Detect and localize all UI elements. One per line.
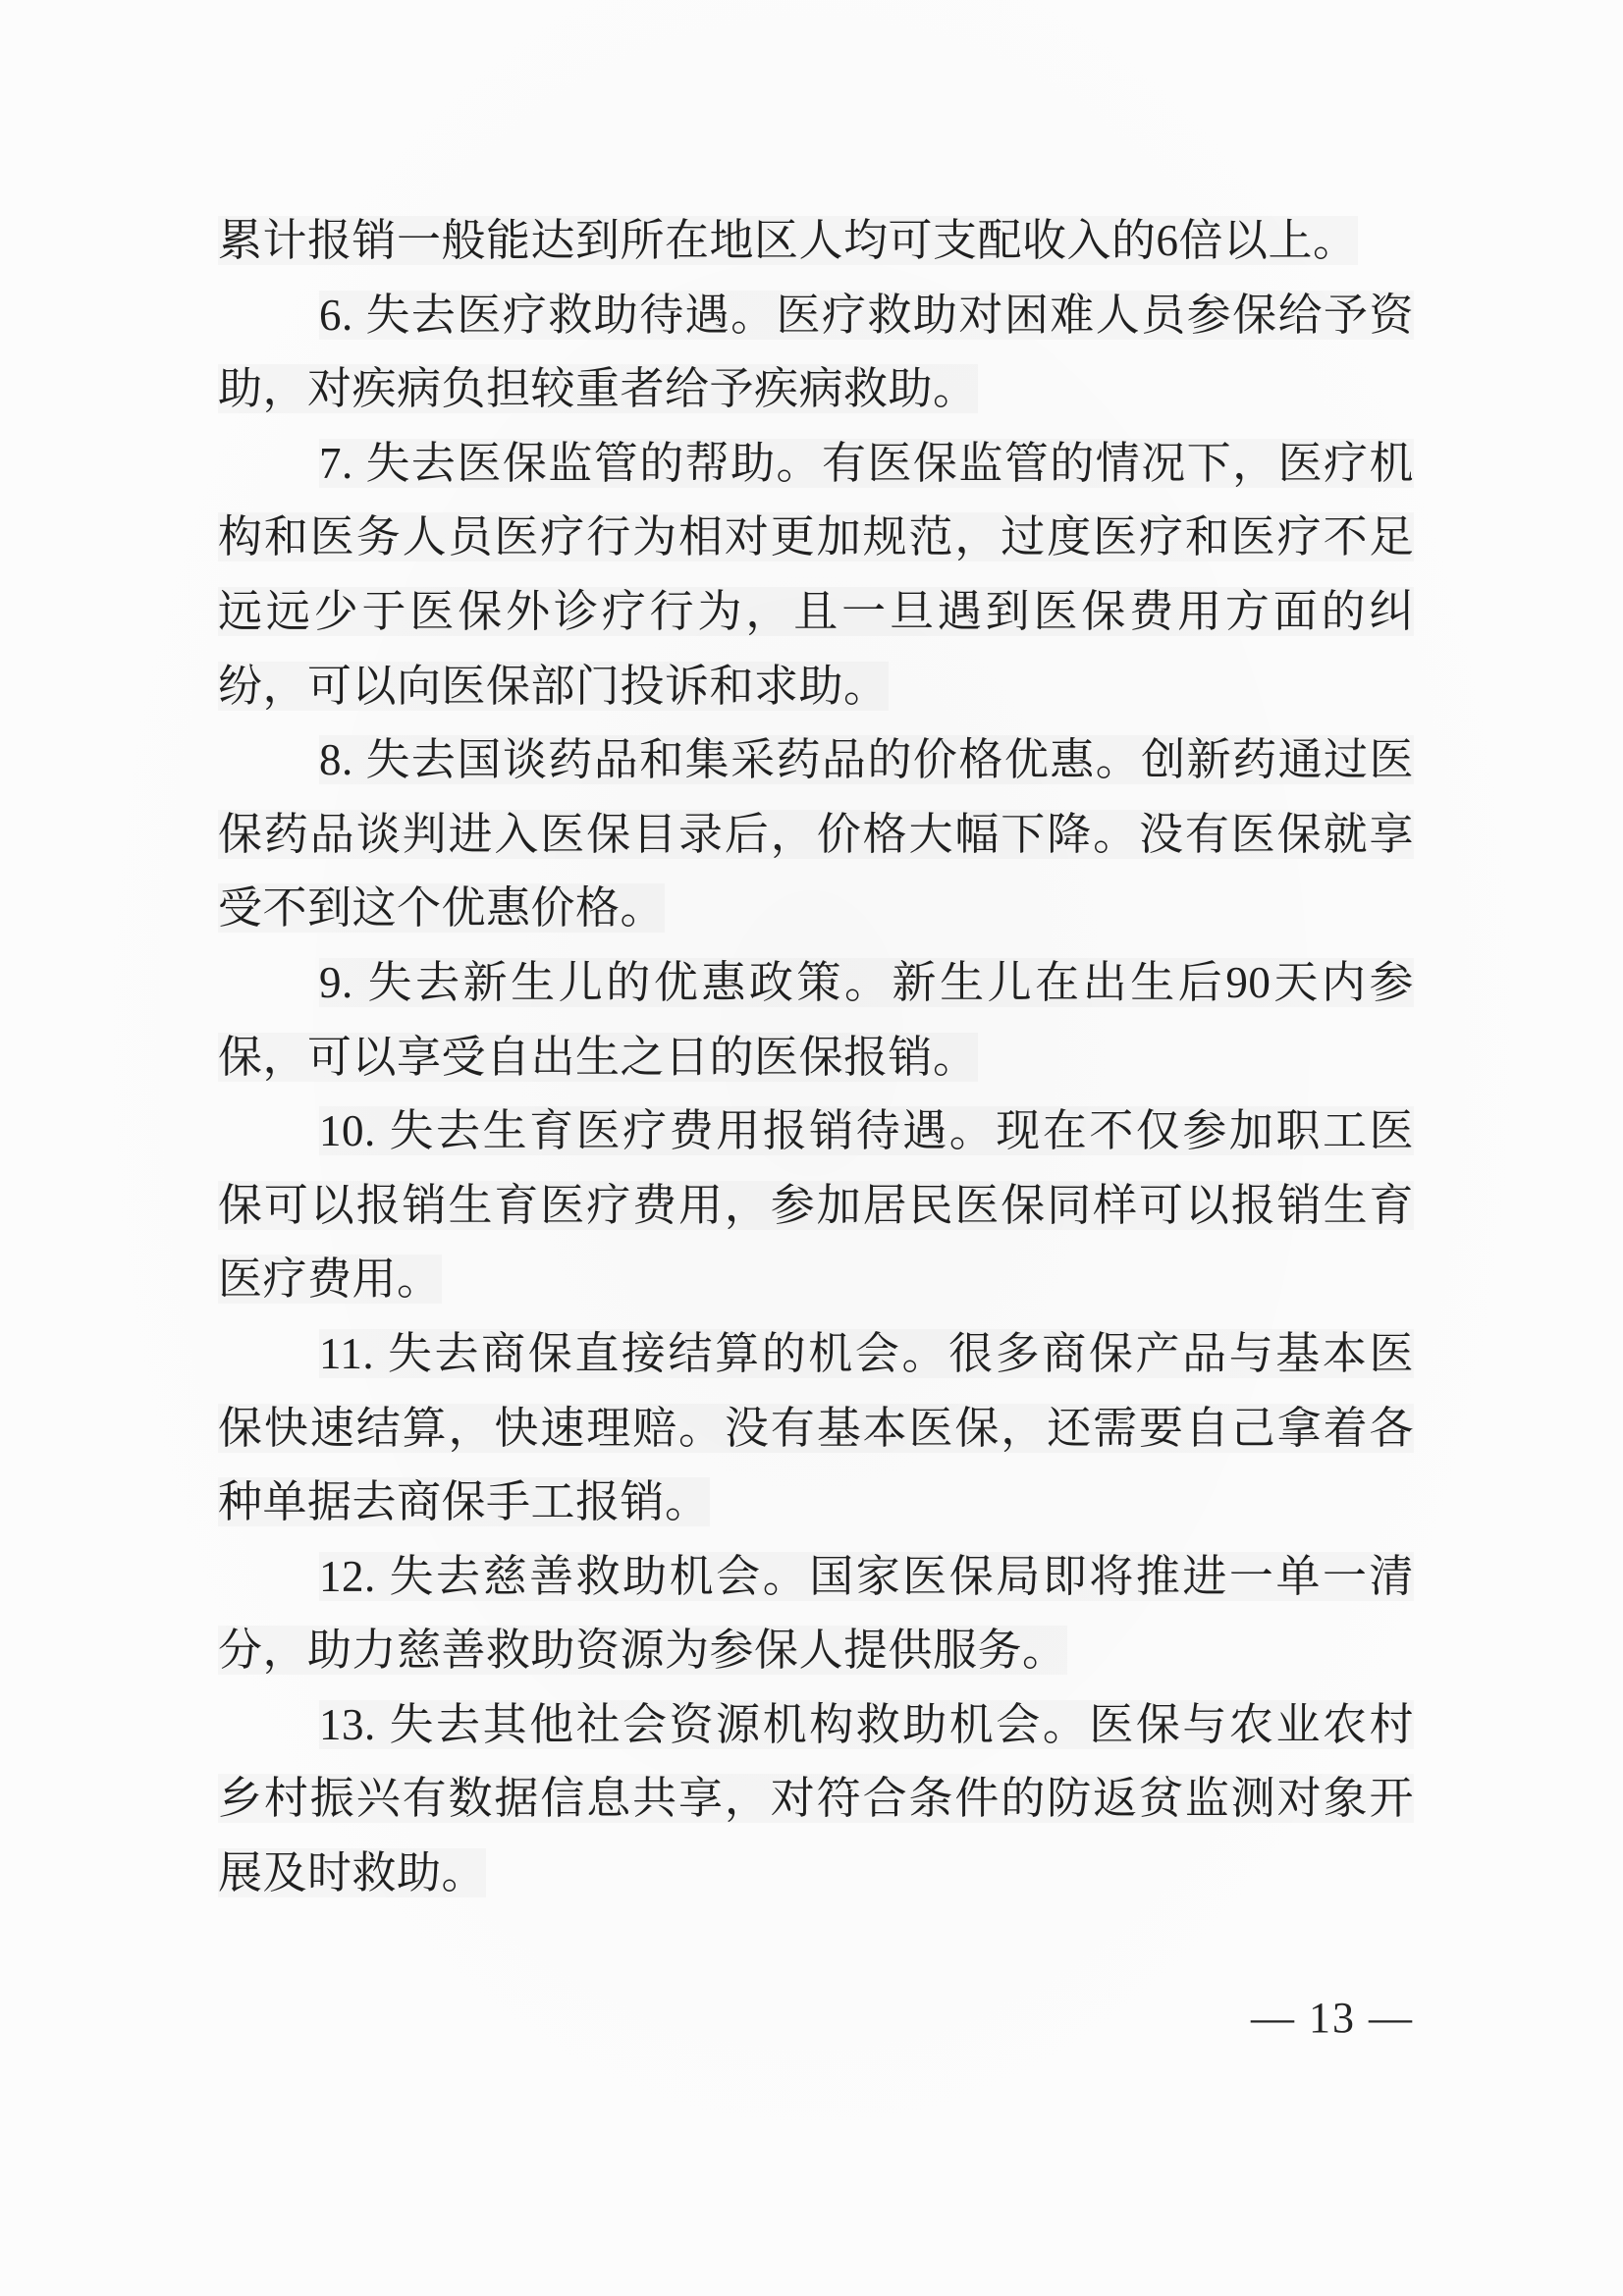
text-run: 累计报销一般能达到所在地区人均可支配收入的6倍以上。 <box>218 216 1358 265</box>
text-run: 助，对疾病负担较重者给予疾病救助。 <box>218 364 978 413</box>
text-run: 保药品谈判进入医保目录后，价格大幅下降。没有医保就享 <box>218 810 1414 859</box>
text-run: 分，助力慈善救助资源为参保人提供服务。 <box>218 1626 1067 1675</box>
text-run: 种单据去商保手工报销。 <box>218 1477 710 1526</box>
text-line: 保可以报销生育医疗费用，参加居民医保同样可以报销生育 <box>218 1169 1414 1244</box>
text-run: 11. 失去商保直接结算的机会。很多商保产品与基本医 <box>319 1329 1414 1378</box>
text-run: 12. 失去慈善救助机会。国家医保局即将推进一单一清 <box>319 1552 1414 1601</box>
text-run: 保快速结算，快速理赔。没有基本医保，还需要自己拿着各 <box>218 1404 1414 1453</box>
text-line: 展及时救助。 <box>218 1837 1414 1911</box>
text-run: 保，可以享受自出生之日的医保报销。 <box>218 1033 978 1082</box>
text-line: 11. 失去商保直接结算的机会。很多商保产品与基本医 <box>218 1317 1414 1392</box>
text-run: 受不到这个优惠价格。 <box>218 883 665 933</box>
text-run: 9. 失去新生儿的优惠政策。新生儿在出生后90天内参 <box>319 958 1414 1007</box>
text-run: 乡村振兴有数据信息共享，对符合条件的防返贫监测对象开 <box>218 1774 1414 1823</box>
text-line: 保快速结算，快速理赔。没有基本医保，还需要自己拿着各 <box>218 1392 1414 1467</box>
text-run: 纷，可以向医保部门投诉和求助。 <box>218 662 889 711</box>
text-line: 分，助力慈善救助资源为参保人提供服务。 <box>218 1614 1414 1688</box>
text-line: 受不到这个优惠价格。 <box>218 872 1414 946</box>
text-line: 医疗费用。 <box>218 1243 1414 1317</box>
text-line: 构和医务人员医疗行为相对更加规范，过度医疗和医疗不足 <box>218 501 1414 575</box>
text-line: 10. 失去生育医疗费用报销待遇。现在不仅参加职工医 <box>218 1095 1414 1169</box>
document-body: 累计报销一般能达到所在地区人均可支配收入的6倍以上。6. 失去医疗救助待遇。医疗… <box>218 204 1414 1911</box>
text-run: 8. 失去国谈药品和集采药品的价格优惠。创新药通过医 <box>319 735 1414 784</box>
text-line: 助，对疾病负担较重者给予疾病救助。 <box>218 352 1414 427</box>
text-line: 累计报销一般能达到所在地区人均可支配收入的6倍以上。 <box>218 204 1414 279</box>
page-number: — 13 — <box>1251 1994 1414 2042</box>
text-line: 保，可以享受自出生之日的医保报销。 <box>218 1021 1414 1095</box>
text-run: 医疗费用。 <box>218 1255 442 1304</box>
document-page: 累计报销一般能达到所在地区人均可支配收入的6倍以上。6. 失去医疗救助待遇。医疗… <box>0 0 1623 2296</box>
text-line: 种单据去商保手工报销。 <box>218 1466 1414 1540</box>
text-run: 展及时救助。 <box>218 1848 486 1897</box>
text-line: 乡村振兴有数据信息共享，对符合条件的防返贫监测对象开 <box>218 1762 1414 1837</box>
text-run: 13. 失去其他社会资源机构救助机会。医保与农业农村 <box>319 1700 1414 1749</box>
text-line: 12. 失去慈善救助机会。国家医保局即将推进一单一清 <box>218 1540 1414 1615</box>
text-line: 13. 失去其他社会资源机构救助机会。医保与农业农村 <box>218 1688 1414 1763</box>
text-line: 7. 失去医保监管的帮助。有医保监管的情况下，医疗机 <box>218 427 1414 502</box>
text-run: 构和医务人员医疗行为相对更加规范，过度医疗和医疗不足 <box>218 512 1414 561</box>
text-line: 保药品谈判进入医保目录后，价格大幅下降。没有医保就享 <box>218 798 1414 873</box>
text-line: 6. 失去医疗救助待遇。医疗救助对困难人员参保给予资 <box>218 279 1414 353</box>
page-footer: — 13 — <box>218 1989 1414 2048</box>
text-run: 保可以报销生育医疗费用，参加居民医保同样可以报销生育 <box>218 1181 1414 1230</box>
text-line: 纷，可以向医保部门投诉和求助。 <box>218 650 1414 724</box>
text-run: 10. 失去生育医疗费用报销待遇。现在不仅参加职工医 <box>319 1106 1414 1155</box>
text-run: 6. 失去医疗救助待遇。医疗救助对困难人员参保给予资 <box>319 291 1414 340</box>
text-line: 8. 失去国谈药品和集采药品的价格优惠。创新药通过医 <box>218 723 1414 798</box>
text-line: 9. 失去新生儿的优惠政策。新生儿在出生后90天内参 <box>218 946 1414 1021</box>
text-run: 远远少于医保外诊疗行为，且一旦遇到医保费用方面的纠 <box>218 587 1414 636</box>
text-run: 7. 失去医保监管的帮助。有医保监管的情况下，医疗机 <box>319 439 1414 488</box>
text-line: 远远少于医保外诊疗行为，且一旦遇到医保费用方面的纠 <box>218 575 1414 650</box>
